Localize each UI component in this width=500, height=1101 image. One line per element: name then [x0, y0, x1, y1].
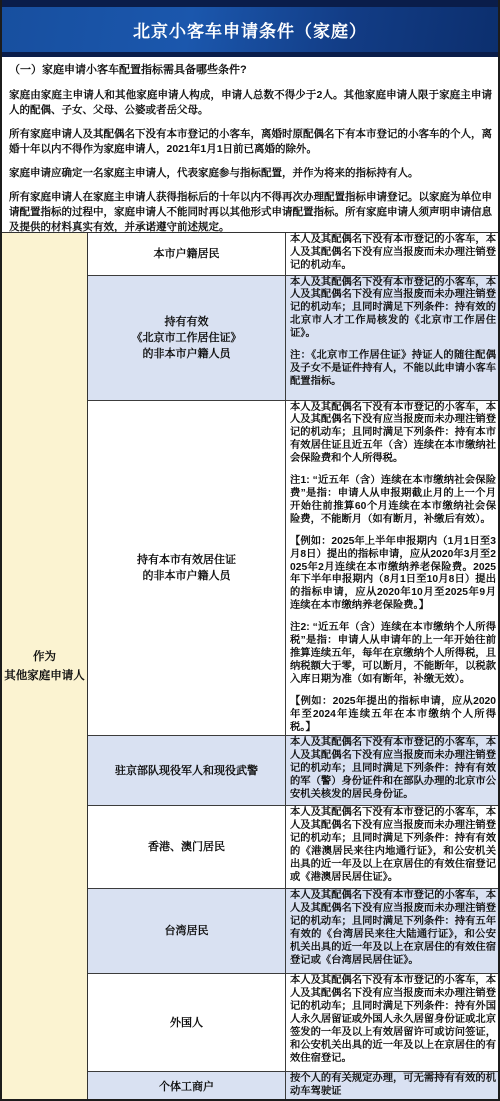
- intro-paragraph: 家庭申请应确定一名家庭主申请人，代表家庭参与指标配置，并作为将来的指标持有人。: [9, 166, 492, 181]
- requirement-cell: 本人及其配偶名下没有本市登记的小客车，本人及其配偶名下没有应当报废而未办理注销登…: [286, 974, 498, 1071]
- requirement-cell: 本人及其配偶名下没有本市登记的小客车，本人及其配偶名下没有应当报废而未办理注销登…: [286, 806, 498, 888]
- requirement-paragraph: 本人及其配偶名下没有本市登记的小客车，本人及其配偶名下没有应当报废而未办理注销登…: [290, 807, 496, 884]
- table-row: 持有本市有效居住证的非本市户籍人员本人及其配偶名下没有本市登记的小客车，本人及其…: [88, 400, 498, 736]
- table-row: 本市户籍居民本人及其配偶名下没有本市登记的小客车，本人及其配偶名下没有应当报废而…: [88, 233, 498, 275]
- table-row: 台湾居民本人及其配偶名下没有本市登记的小客车，本人及其配偶名下没有应当报废而未办…: [88, 888, 498, 973]
- applicant-category-cell: 持有本市有效居住证的非本市户籍人员: [88, 401, 286, 736]
- requirement-cell: 按个人的有关规定办理，可无需持有有效的机动车驾驶证: [286, 1072, 498, 1101]
- requirement-paragraph: 【例如：2025年上半年申报期内（1月1日至3月8日）提出的指标申请，应从202…: [290, 536, 496, 613]
- requirement-paragraph: 注2: “近五年（含）连续在本市缴纳个人所得税”是指：申请人从申请年的上一年开始…: [290, 622, 496, 687]
- requirement-cell: 本人及其配偶名下没有本市登记的小客车，本人及其配偶名下没有应当报废而未办理注销登…: [286, 401, 498, 736]
- table-row: 香港、澳门居民本人及其配偶名下没有本市登记的小客车，本人及其配偶名下没有应当报废…: [88, 805, 498, 888]
- applicant-category-line: 的非本市户籍人员: [143, 568, 231, 584]
- applicant-category-line: 本市户籍居民: [154, 246, 220, 262]
- requirement-paragraph: 本人及其配偶名下没有本市登记的小客车，本人及其配偶名下没有应当报废而未办理注销登…: [290, 402, 496, 467]
- intro-paragraphs: 家庭由家庭主申请人和其他家庭申请人构成，申请人总数不得少于2人。其他家庭申请人限…: [9, 88, 492, 232]
- applicant-category-cell: 台湾居民: [88, 889, 286, 973]
- requirement-paragraph: 本人及其配偶名下没有本市登记的小客车，本人及其配偶名下没有应当报废而未办理注销登…: [290, 890, 496, 967]
- applicant-category-line: 驻京部队现役军人和现役武警: [115, 763, 258, 779]
- title-bar: 北京小客车申请条件（家庭）: [2, 0, 498, 57]
- requirement-cell: 本人及其配偶名下没有本市登记的小客车，本人及其配偶名下没有应当报废而未办理注销登…: [286, 736, 498, 805]
- requirement-cell: 本人及其配偶名下没有本市登记的小客车，本人及其配偶名下没有应当报废而未办理注销登…: [286, 233, 498, 275]
- applicant-category-line: 台湾居民: [165, 923, 209, 939]
- requirement-paragraph: 本人及其配偶名下没有本市登记的小客车，本人及其配偶名下没有应当报废而未办理注销登…: [290, 975, 496, 1065]
- requirement-paragraph: 注1: “近五年（含）连续在本市缴纳社会保险费”是指：申请人从申报期截止月的上一…: [290, 475, 496, 527]
- applicant-category-cell: 本市户籍居民: [88, 233, 286, 275]
- requirement-cell: 本人及其配偶名下没有本市登记的小客车，本人及其配偶名下没有应当报废而未办理注销登…: [286, 889, 498, 973]
- document-page: 北京小客车申请条件（家庭） （一）家庭申请小客车配置指标需具备哪些条件? 家庭由…: [0, 0, 500, 1101]
- requirement-paragraph: 本人及其配偶名下没有本市登记的小客车，本人及其配偶名下没有应当报废而未办理注销登…: [290, 737, 496, 802]
- intro-paragraph: 家庭由家庭主申请人和其他家庭申请人构成，申请人总数不得少于2人。其他家庭申请人限…: [9, 88, 492, 118]
- applicant-category-cell: 持有有效《北京市工作居住证》的非本市户籍人员: [88, 276, 286, 400]
- intro-paragraph: 所有家庭申请人在家庭主申请人获得指标后的十年以内不得再次办理配置指标申请登记。以…: [9, 190, 492, 232]
- table-row: 持有有效《北京市工作居住证》的非本市户籍人员本人及其配偶名下没有本市登记的小客车…: [88, 275, 498, 400]
- group-label-cell: 作为 其他家庭申请人: [2, 233, 88, 1101]
- applicant-category-line: 个体工商户: [159, 1079, 214, 1095]
- eligibility-table: 作为 其他家庭申请人 本市户籍居民本人及其配偶名下没有本市登记的小客车，本人及其…: [2, 232, 498, 1101]
- requirement-cell: 本人及其配偶名下没有本市登记的小客车，本人及其配偶名下没有应当报废而未办理注销登…: [286, 276, 498, 400]
- applicant-category-line: 外国人: [170, 1015, 203, 1031]
- applicant-category-line: 持有有效: [165, 314, 209, 330]
- applicant-category-cell: 驻京部队现役军人和现役武警: [88, 736, 286, 805]
- applicant-category-line: 持有本市有效居住证: [137, 552, 236, 568]
- page-title: 北京小客车申请条件（家庭）: [133, 17, 367, 42]
- intro-section: （一）家庭申请小客车配置指标需具备哪些条件? 家庭由家庭主申请人和其他家庭申请人…: [2, 57, 498, 232]
- applicant-category-cell: 外国人: [88, 974, 286, 1071]
- applicant-category-cell: 个体工商户: [88, 1072, 286, 1101]
- applicant-category-cell: 香港、澳门居民: [88, 806, 286, 888]
- applicant-category-line: 《北京市工作居住证》: [132, 330, 242, 346]
- section-heading: （一）家庭申请小客车配置指标需具备哪些条件?: [9, 63, 492, 78]
- applicant-category-line: 的非本市户籍人员: [143, 346, 231, 362]
- table-row: 外国人本人及其配偶名下没有本市登记的小客车，本人及其配偶名下没有应当报废而未办理…: [88, 973, 498, 1071]
- requirement-paragraph: 注：《北京市工作居住证》持证人的随往配偶及子女不是证件持有人，不能以此申请小客车…: [290, 350, 496, 389]
- intro-paragraph: 所有家庭申请人及其配偶名下没有本市登记的小客车，离婚时原配偶名下有本市登记的小客…: [9, 127, 492, 157]
- requirement-paragraph: 按个人的有关规定办理，可无需持有有效的机动车驾驶证: [290, 1073, 496, 1099]
- table-row: 驻京部队现役军人和现役武警本人及其配偶名下没有本市登记的小客车，本人及其配偶名下…: [88, 735, 498, 805]
- applicant-category-line: 香港、澳门居民: [148, 839, 225, 855]
- eligibility-rows: 本市户籍居民本人及其配偶名下没有本市登记的小客车，本人及其配偶名下没有应当报废而…: [88, 233, 498, 1101]
- requirement-paragraph: 本人及其配偶名下没有本市登记的小客车，本人及其配偶名下没有应当报废而未办理注销登…: [290, 234, 496, 273]
- requirement-paragraph: 【例如：2025年提出的指标申请，应从2020年至2024年连续五年在本市缴纳个…: [290, 696, 496, 735]
- table-row: 个体工商户按个人的有关规定办理，可无需持有有效的机动车驾驶证: [88, 1071, 498, 1101]
- requirement-paragraph: 本人及其配偶名下没有本市登记的小客车，本人及其配偶名下没有应当报废而未办理注销登…: [290, 277, 496, 342]
